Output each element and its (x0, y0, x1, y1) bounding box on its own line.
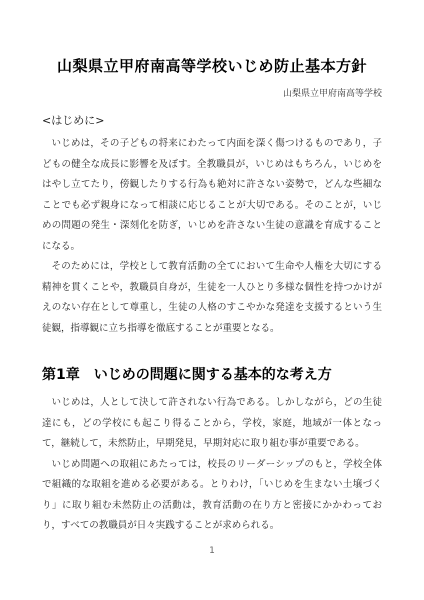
document-author: 山梨県立甲府南高等学校 (42, 89, 382, 100)
section-heading-introduction: <はじめに> (42, 113, 382, 128)
section-chapter-1: 第1章 いじめの問題に関する基本的な考え方 いじめは，人として決して許されない行… (42, 365, 382, 537)
section-introduction: <はじめに> いじめは，その子どもの将来にわたって内面を深く傷つけるものであり，… (42, 113, 382, 339)
document-title: 山梨県立甲府南高等学校いじめ防止基本方針 (42, 56, 382, 76)
paragraph: いじめ問題への取組にあたっては，校長のリーダーシップのもと，学校全体で組織的な取… (42, 455, 382, 537)
section-heading-chapter-1: 第1章 いじめの問題に関する基本的な考え方 (42, 365, 382, 385)
document-page: 山梨県立甲府南高等学校いじめ防止基本方針 山梨県立甲府南高等学校 <はじめに> … (0, 0, 424, 600)
paragraph: いじめは，その子どもの将来にわたって内面を深く傷つけるものであり，子どもの健全な… (42, 134, 382, 257)
page-number: 1 (0, 546, 424, 556)
paragraph: いじめは，人として決して許されない行為である。しかしながら，どの生徒達にも，どの… (42, 393, 382, 455)
paragraph: そのためには，学校として教育活動の全てにおいて生命や人権を大切にする精神を貫くこ… (42, 257, 382, 339)
